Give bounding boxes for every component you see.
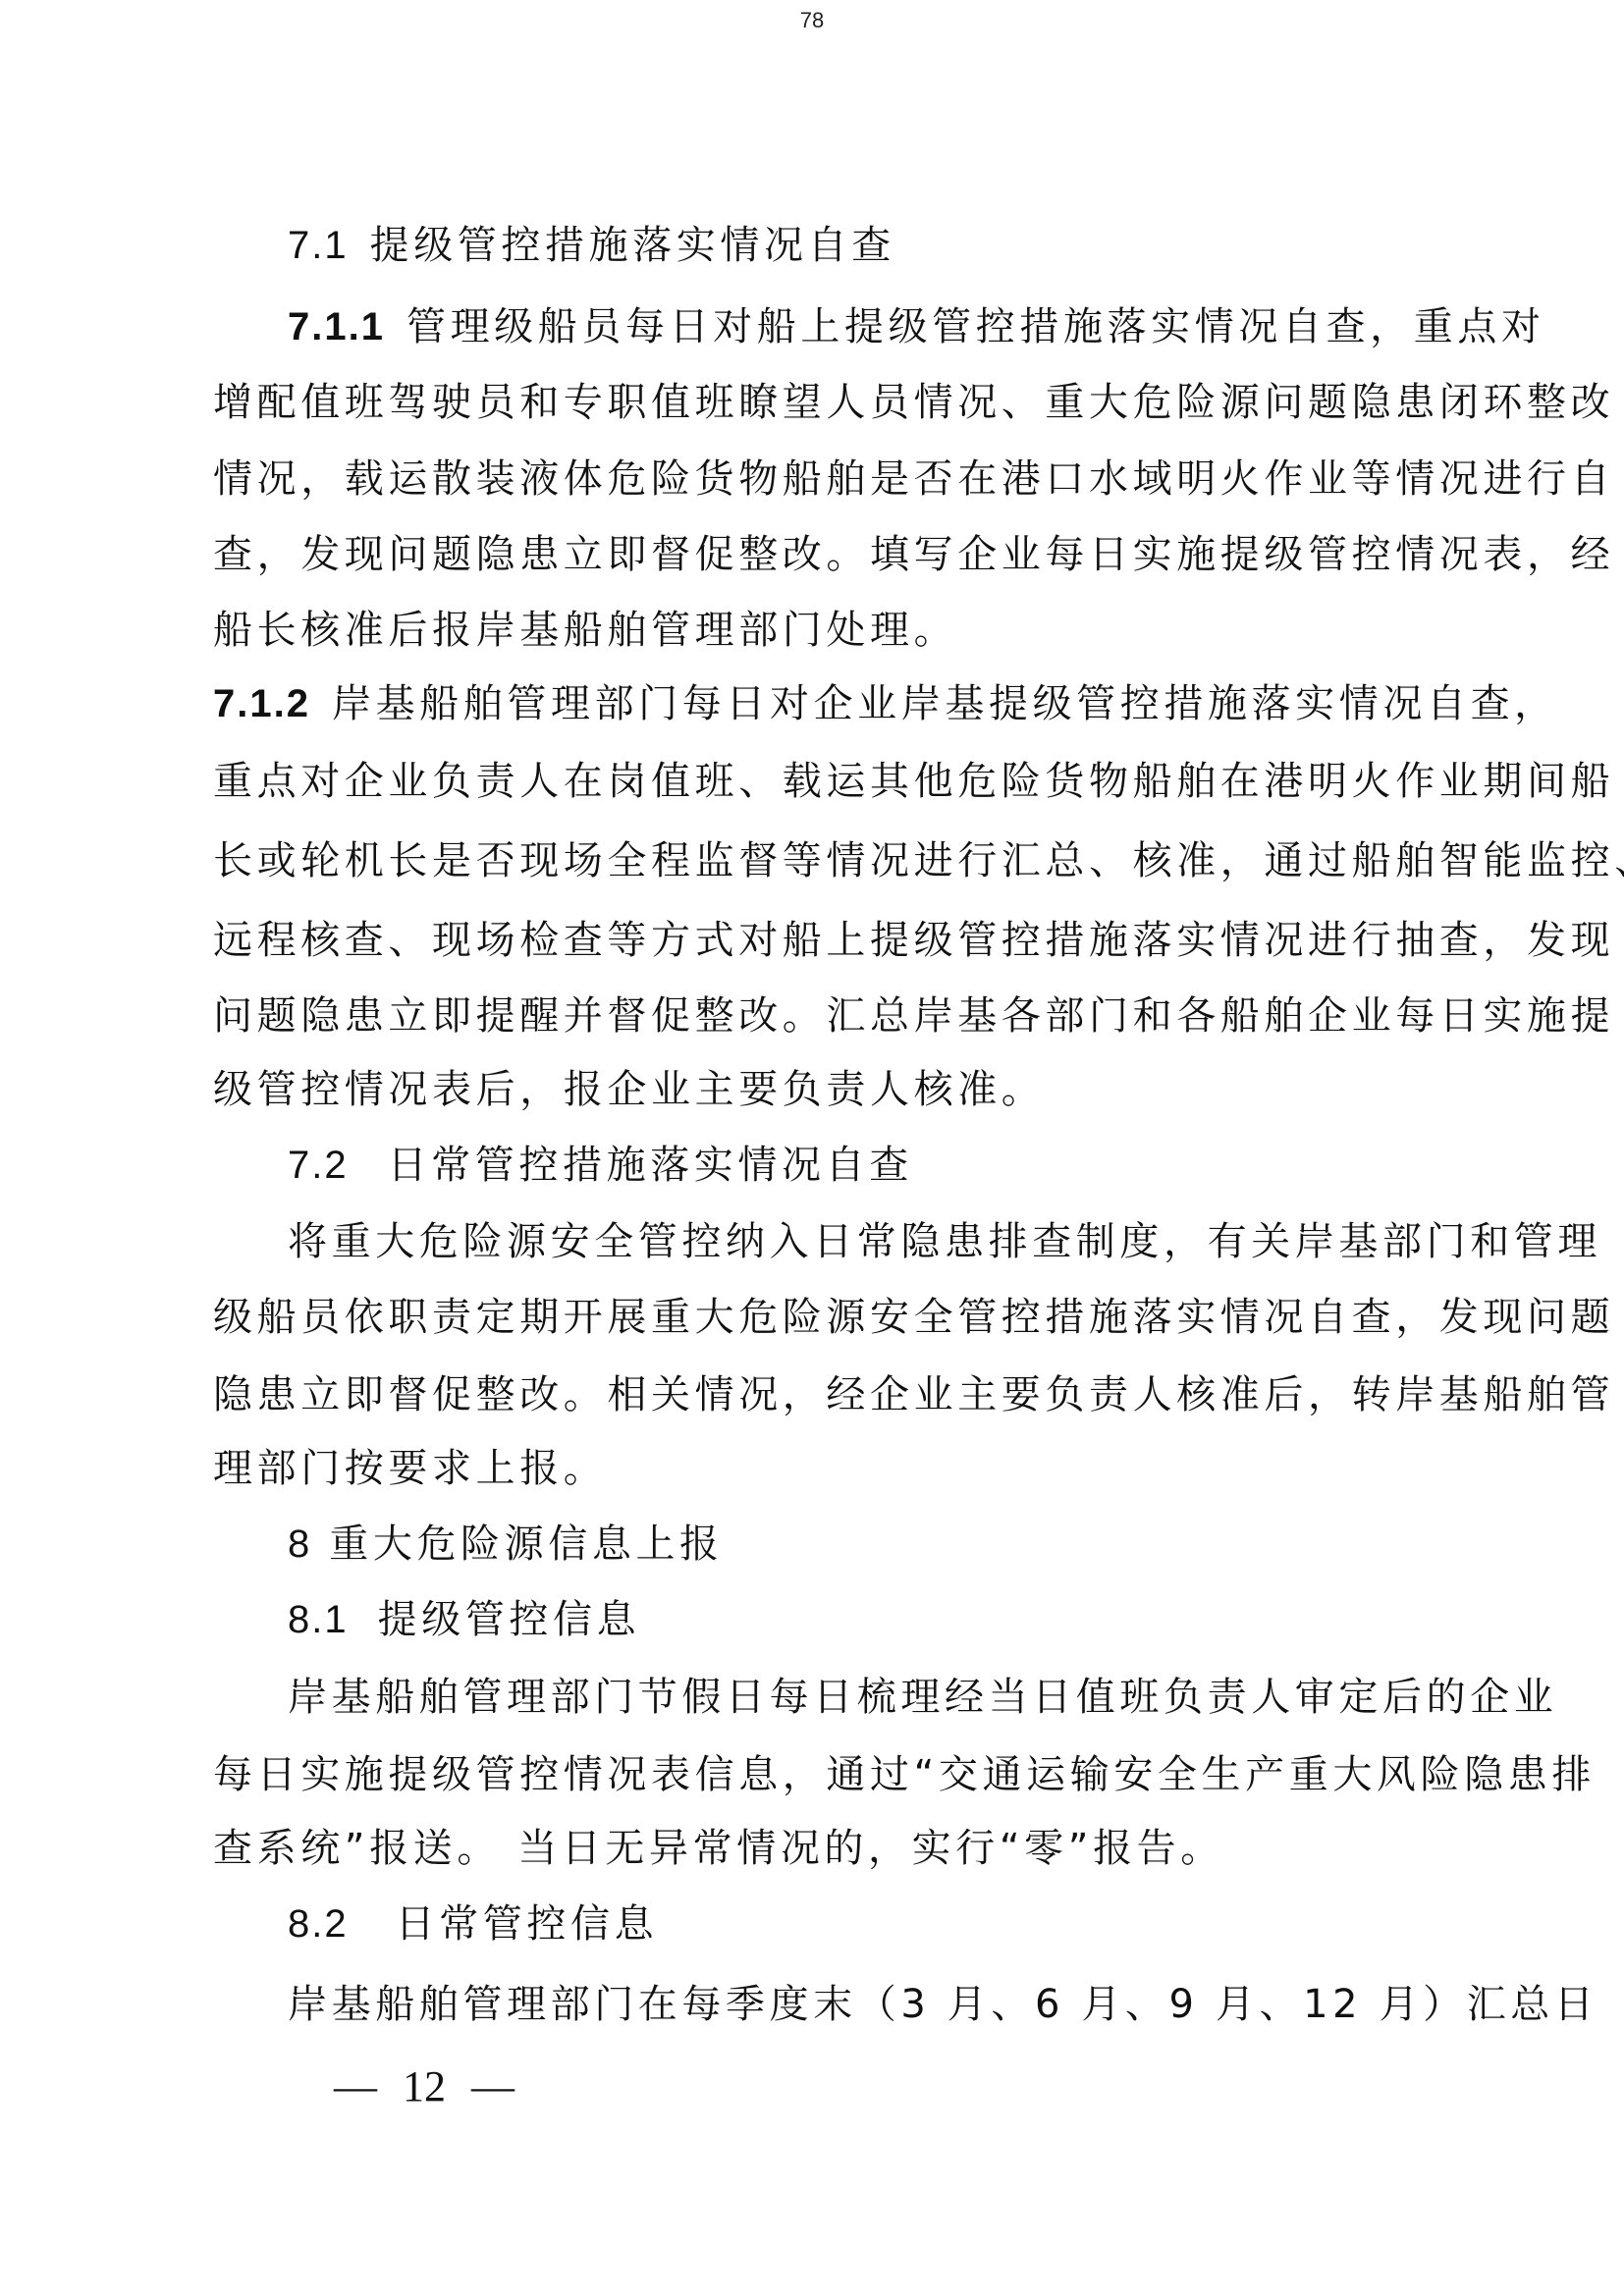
paragraph-line: 重点对企业负责人在岗值班、载运其他危险货物船舶在港明火作业期间船	[213, 743, 1435, 820]
paragraph-7-1-2-line: 7.1.2岸基船舶管理部门每日对企业岸基提级管控措施落实情况自查，	[213, 666, 1435, 742]
footer-page-number: —12—	[334, 2061, 514, 2111]
footer-dash-left: —	[334, 2061, 377, 2111]
section-heading-8-2: 8.2日常管控信息	[288, 1886, 1435, 1962]
paragraph-line: 长或轮机长是否现场全程监督等情况进行汇总、核准，通过船舶智能监控、	[213, 823, 1435, 899]
paragraph-line: 查，发现问题隐患立即督促整改。填写企业每日实施提级管控情况表，经	[213, 516, 1435, 593]
section-title: 重大危险源信息上报	[329, 1522, 723, 1567]
paragraph-line: 问题隐患立即提醒并督促整改。汇总岸基各部门和各船舶企业每日实施提	[213, 978, 1435, 1054]
section-number: 7.1	[288, 224, 349, 267]
paragraph-line: 隐患立即督促整改。相关情况，经企业主要负责人核准后，转岸基船舶管	[213, 1357, 1435, 1433]
section-number: 8.2	[288, 1902, 349, 1946]
section-title: 提级管控信息	[378, 1597, 641, 1642]
paragraph-text: 岸基船舶管理部门每日对企业岸基提级管控措施落实情况自查，	[332, 681, 1558, 726]
paragraph-line: 级管控情况表后，报企业主要负责人核准。	[213, 1051, 1435, 1128]
section-heading-7-2: 7.2日常管控措施落实情况自查	[288, 1127, 1435, 1203]
section-number: 7.2	[288, 1144, 349, 1187]
footer-page-number-value: 12	[403, 2061, 446, 2111]
paragraph-line: 理部门按要求上报。	[213, 1430, 1435, 1507]
paragraph-line: 岸基船舶管理部门节假日每日梳理经当日值班负责人审定后的企业	[288, 1659, 1435, 1735]
paragraph-line: 远程核查、现场检查等方式对船上提级管控措施落实情况进行抽查，发现	[213, 902, 1435, 979]
section-heading-8-1: 8.1提级管控信息	[288, 1581, 1435, 1658]
section-number: 8	[288, 1522, 311, 1566]
section-heading-7-1: 7.1提级管控措施落实情况自查	[288, 207, 1435, 284]
paragraph-text: 管理级船员每日对船上提级管控措施落实情况自查，重点对	[406, 304, 1545, 349]
paragraph-line: 每日实施提级管控情况表信息，通过“交通运输安全生产重大风险隐患排	[213, 1736, 1435, 1813]
section-title: 提级管控措施落实情况自查	[370, 223, 895, 268]
paragraph-7-1-1-line: 7.1.1管理级船员每日对船上提级管控措施落实情况自查，重点对	[288, 289, 1435, 365]
paragraph-line: 情况，载运散装液体危险货物船舶是否在港口水域明火作业等情况进行自	[213, 441, 1435, 517]
paragraph-line: 船长核准后报岸基船舶管理部门处理。	[213, 592, 1435, 668]
paragraph-line: 岸基船舶管理部门在每季度末（3 月、6 月、9 月、12 月）汇总日	[288, 1966, 1435, 2043]
paragraph-line: 查系统”报送。 当日无异常情况的，实行“零”报告。	[213, 1810, 1435, 1887]
section-title: 日常管控措施落实情况自查	[388, 1143, 913, 1188]
section-number: 8.1	[288, 1598, 349, 1641]
paragraph-line: 将重大危险源安全管控纳入日常隐患排查制度，有关岸基部门和管理	[288, 1203, 1435, 1280]
section-title: 日常管控信息	[396, 1901, 659, 1947]
section-number: 7.1.2	[213, 682, 310, 725]
section-number: 7.1.1	[288, 305, 385, 348]
section-heading-8: 8重大危险源信息上报	[288, 1506, 1435, 1582]
paragraph-line: 级船员依职责定期开展重大危险源安全管控措施落实情况自查，发现问题	[213, 1279, 1435, 1356]
paragraph-line: 增配值班驾驶员和专职值班瞭望人员情况、重大危险源问题隐患闭环整改	[213, 364, 1435, 441]
footer-dash-right: —	[471, 2061, 514, 2111]
header-page-number: 78	[0, 8, 1624, 33]
